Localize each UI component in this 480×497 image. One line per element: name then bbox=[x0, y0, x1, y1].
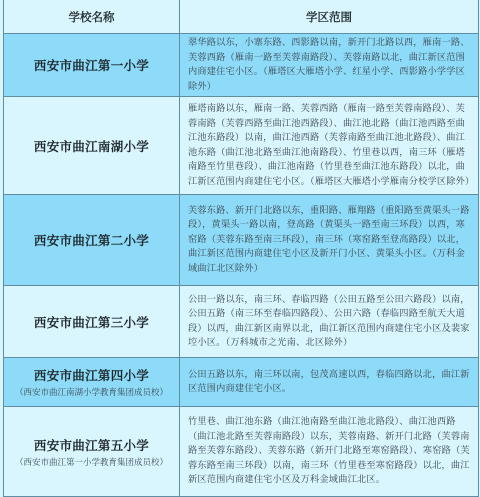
school-name-cell: 西安市曲江南湖小学 bbox=[4, 97, 180, 194]
school-name: 西安市曲江第二小学 bbox=[34, 231, 149, 249]
school-name: 西安市曲江第三小学 bbox=[34, 313, 149, 331]
school-group-note: （西安市曲江第一小学教育集团成员校） bbox=[15, 456, 168, 468]
header-school-name: 学校名称 bbox=[4, 0, 180, 33]
school-name: 西安市曲江南湖小学 bbox=[34, 137, 149, 155]
district-area-cell: 公田一路以东，南三环、春临四路（公田五路至公田六路段）以南，公田五路（南三环至春… bbox=[180, 286, 478, 357]
school-name-cell: 西安市曲江第五小学 （西安市曲江第一小学教育集团成员校） bbox=[4, 407, 180, 480]
district-area-text: 翠华路以东，小寨东路、西影路以南，新开门北路以西，雁南一路、芙蓉西路（雁南一路至… bbox=[188, 36, 470, 94]
school-name-cell: 西安市曲江第二小学 bbox=[4, 195, 180, 285]
school-name: 西安市曲江第四小学 bbox=[34, 366, 149, 384]
table-row: 西安市曲江第三小学 公田一路以东，南三环、春临四路（公田五路至公田六路段）以南，… bbox=[4, 286, 478, 358]
school-name-cell: 西安市曲江第四小学 （西安市曲江南湖小学教育集团成员校） bbox=[4, 358, 180, 406]
table-row: 西安市曲江第二小学 芙蓉东路、新开门北路以东，重阳路、雁翔路（重阳路至黄渠头一路… bbox=[4, 195, 478, 286]
school-group-note: （西安市曲江南湖小学教育集团成员校） bbox=[15, 386, 168, 398]
header-school-label: 学校名称 bbox=[69, 9, 115, 25]
table-row: 西安市曲江第四小学 （西安市曲江南湖小学教育集团成员校） 公田五路以东，南三环以… bbox=[4, 358, 478, 407]
district-area-text: 公田五路以东，南三环以南，包茂高速以西，春临四路以北，曲江新区范围内商建住宅小区… bbox=[188, 368, 470, 397]
district-area-cell: 竹里巷、曲江池东路（曲江池南路至曲江池北路段）、曲江池西路（曲江池北路至芙蓉南路… bbox=[180, 407, 478, 480]
school-name-cell: 西安市曲江第一小学 bbox=[4, 34, 180, 96]
district-area-text: 芙蓉东路、新开门北路以东，重阳路、雁翔路（重阳路至黄渠头一路段），黄渠头一路以南… bbox=[188, 204, 470, 277]
table-row: 西安市曲江南湖小学 雁塔南路以东，雁南一路、芙蓉西路（雁南一路至芙蓉南路段）、芙… bbox=[4, 97, 478, 195]
district-area-text: 公田一路以东，南三环、春临四路（公田五路至公田六路段）以南，公田五路（南三环至春… bbox=[188, 293, 470, 351]
school-name: 西安市曲江第五小学 bbox=[34, 436, 149, 454]
district-area-text: 竹里巷、曲江池东路（曲江池南路至曲江池北路段）、曲江池西路（曲江池北路至芙蓉南路… bbox=[188, 415, 470, 480]
school-name-cell: 西安市曲江第三小学 bbox=[4, 286, 180, 357]
district-area-text: 雁塔南路以东，雁南一路、芙蓉西路（雁南一路至芙蓉南路段）、芙蓉南路（芙蓉西路至曲… bbox=[188, 102, 470, 189]
table-header: 学校名称 学区范围 bbox=[4, 0, 478, 34]
header-area-label: 学区范围 bbox=[306, 9, 352, 25]
district-area-cell: 芙蓉东路、新开门北路以东，重阳路、雁翔路（重阳路至黄渠头一路段），黄渠头一路以南… bbox=[180, 195, 478, 285]
table-row: 西安市曲江第五小学 （西安市曲江第一小学教育集团成员校） 竹里巷、曲江池东路（曲… bbox=[4, 407, 478, 480]
table-row: 西安市曲江第一小学 翠华路以东，小寨东路、西影路以南，新开门北路以西，雁南一路、… bbox=[4, 34, 478, 97]
district-area-cell: 雁塔南路以东，雁南一路、芙蓉西路（雁南一路至芙蓉南路段）、芙蓉南路（芙蓉西路至曲… bbox=[180, 97, 478, 194]
district-area-cell: 公田五路以东，南三环以南，包茂高速以西，春临四路以北，曲江新区范围内商建住宅小区… bbox=[180, 358, 478, 406]
school-name: 西安市曲江第一小学 bbox=[34, 56, 149, 74]
school-district-table: 学校名称 学区范围 西安市曲江第一小学 翠华路以东，小寨东路、西影路以南，新开门… bbox=[3, 0, 479, 480]
district-area-cell: 翠华路以东，小寨东路、西影路以南，新开门北路以西，雁南一路、芙蓉西路（雁南一路至… bbox=[180, 34, 478, 96]
header-district-area: 学区范围 bbox=[180, 0, 478, 33]
